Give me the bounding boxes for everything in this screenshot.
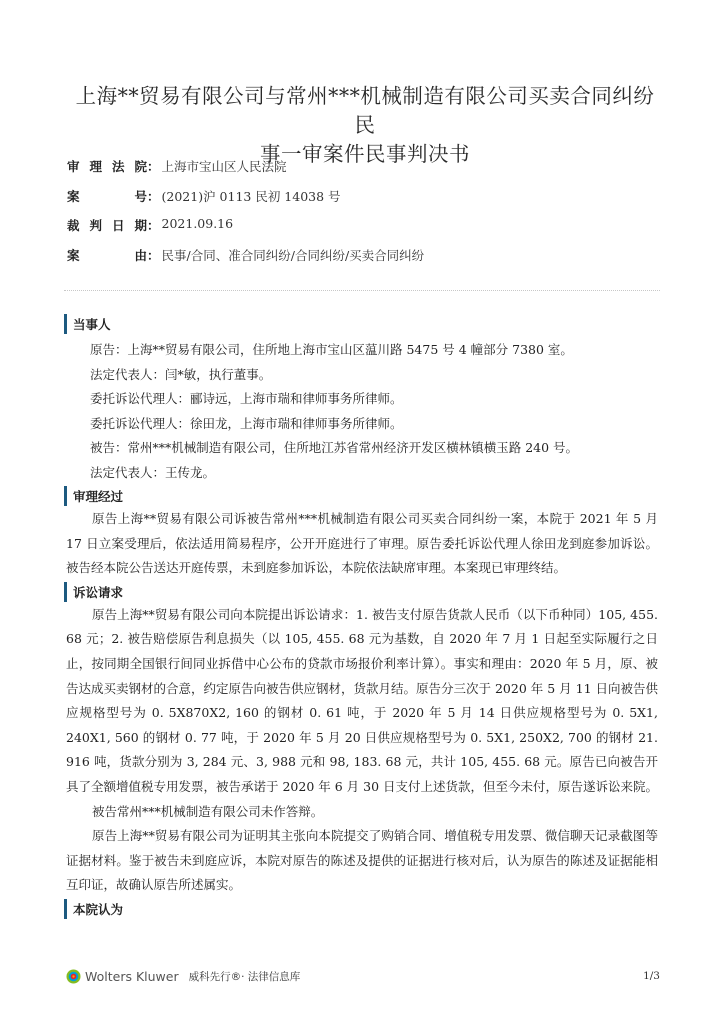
meta-label: 案 由 <box>67 246 147 264</box>
wolters-kluwer-logo-icon <box>66 969 81 984</box>
section-marker <box>64 582 67 602</box>
document-body: 当事人 原告：上海**贸易有限公司，住所地上海市宝山区蕰川路 5475 号 4 … <box>64 313 660 920</box>
party-line: 原告：上海**贸易有限公司，住所地上海市宝山区蕰川路 5475 号 4 幢部分 … <box>64 338 660 363</box>
section-header-opinion: 本院认为 <box>64 898 660 920</box>
meta-case-number: 案 号 ： (2021)沪 0113 民初 14038 号 <box>67 187 424 217</box>
section-marker <box>64 486 67 506</box>
meta-value: 民事/合同、准合同纠纷/合同纠纷/买卖合同纠纷 <box>162 246 425 264</box>
meta-value: (2021)沪 0113 民初 14038 号 <box>162 187 341 205</box>
brand-name-cn: 威科先行®· 法律信息库 <box>189 969 301 984</box>
paragraph: 原告上海**贸易有限公司为证明其主张向本院提交了购销合同、增值税专用发票、微信聊… <box>64 824 660 898</box>
party-line: 法定代表人：王传龙。 <box>64 461 660 486</box>
page-number: 1/3 <box>643 970 660 982</box>
dotted-divider <box>64 290 660 291</box>
party-line: 委托诉讼代理人：徐田龙，上海市瑞和律师事务所律师。 <box>64 412 660 437</box>
party-line: 委托诉讼代理人：郦诗远，上海市瑞和律师事务所律师。 <box>64 387 660 412</box>
meta-value: 上海市宝山区人民法院 <box>162 157 287 175</box>
document-title: 上海**贸易有限公司与常州***机械制造有限公司买卖合同纠纷民 事一审案件民事判… <box>70 82 660 169</box>
section-header-trial: 审理经过 <box>64 485 660 507</box>
section-marker <box>64 314 67 334</box>
page-footer: Wolters Kluwer 威科先行®· 法律信息库 1/3 <box>66 966 660 986</box>
brand-name: Wolters Kluwer <box>85 969 179 984</box>
paragraph: 被告常州***机械制造有限公司未作答辩。 <box>64 800 660 825</box>
party-line: 法定代表人：闫*敏，执行董事。 <box>64 363 660 388</box>
meta-judgment-date: 裁 判 日 期 ： 2021.09.16 <box>67 216 424 246</box>
section-marker <box>64 899 67 919</box>
case-meta: 审 理 法 院 ： 上海市宝山区人民法院 案 号 ： (2021)沪 0113 … <box>67 157 424 275</box>
meta-label: 裁 判 日 期 <box>67 216 147 234</box>
meta-court: 审 理 法 院 ： 上海市宝山区人民法院 <box>67 157 424 187</box>
paragraph: 原告上海**贸易有限公司向本院提出诉讼请求：1. 被告支付原告货款人民币（以下币… <box>64 603 660 800</box>
meta-label: 案 号 <box>67 187 147 205</box>
meta-cause: 案 由 ： 民事/合同、准合同纠纷/合同纠纷/买卖合同纠纷 <box>67 246 424 276</box>
meta-label: 审 理 法 院 <box>67 157 147 175</box>
section-header-parties: 当事人 <box>64 313 660 335</box>
title-line-1: 上海**贸易有限公司与常州***机械制造有限公司买卖合同纠纷民 <box>70 82 660 140</box>
party-line: 被告：常州***机械制造有限公司，住所地江苏省常州经济开发区横林镇横玉路 240… <box>64 436 660 461</box>
meta-value: 2021.09.16 <box>162 216 234 231</box>
paragraph: 原告上海**贸易有限公司诉被告常州***机械制造有限公司买卖合同纠纷一案，本院于… <box>64 507 660 581</box>
section-header-claims: 诉讼请求 <box>64 581 660 603</box>
